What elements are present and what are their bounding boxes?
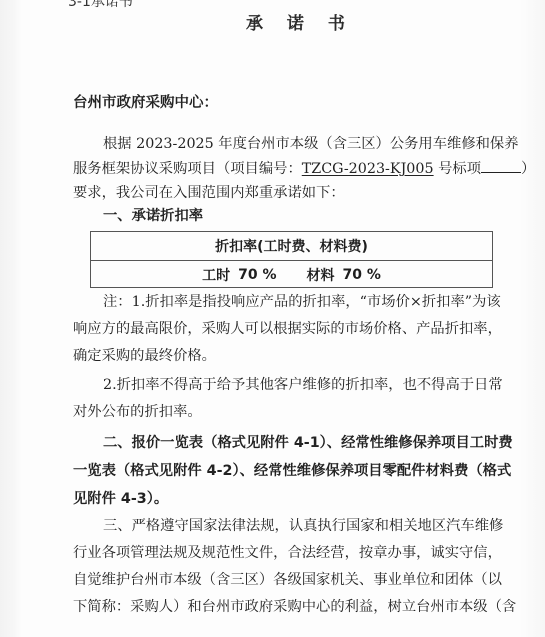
note-2-line-1: 2.折扣率不得高于给予其他客户维修的折扣率，也不得高于日常 [103,374,503,394]
intro-line-3: 要求，我公司在入围范围内郑重承诺如下： [73,182,345,202]
note-1-line-3: 确定采购的最终价格。 [73,345,216,365]
intro-line-1: 根据 2023-2025 年度台州市本级（含三区）公务用车维修和保养 [103,133,519,153]
intro-line-2-prefix: 服务框架协议采购项目（项目编号： [73,161,302,177]
labor-value: 70 % [238,267,276,283]
section-3-line-4: 下简称：采购人）和台州市政府采购中心的利益，树立台州市本级（含 [73,596,516,616]
intro-line-2: 服务框架协议采购项目（项目编号：TZCG-2023-KJ005 号标项） [73,158,535,178]
note-1-line-2: 响应方的最高限价，采购人可以根据实际的市场价格、产品折扣率， [73,318,502,338]
material-label: 材料 [307,265,335,285]
section-2-line-1: 二、报价一览表（格式见附件 4-1）、经常性维修保养项目工时费 [103,432,513,452]
section-1-heading: 一、承诺折扣率 [103,205,203,225]
discount-rate-table: 折扣率(工时费、材料费) 工时 70 % 材料 70 % [90,231,493,288]
section-3-line-1: 三、严格遵守国家法律法规，认真执行国家和相关地区汽车维修 [103,515,503,535]
labor-label: 工时 [202,265,230,285]
addressee: 台州市政府采购中心： [73,91,218,112]
note-1-line-1: 注：1.折扣率是指投响应产品的折扣率，“市场价×折扣率”为该 [103,291,501,311]
intro-line-2-suffix: ） [521,161,535,177]
section-3-line-3: 自觉维护台州市本级（含三区）各级国家机关、事业单位和团体（以 [73,569,502,589]
note-2-line-2: 对外公布的折扣率。 [73,401,202,421]
section-2-line-3: 见附件 4-3）。 [73,488,168,508]
section-3-line-2: 行业各项管理法规及规范性文件，合法经营，按章办事，诚实守信， [73,542,502,562]
section-2-line-2: 一览表（格式见附件 4-2）、经常性维修保养项目零配件材料费（格式 [73,460,511,480]
project-code: TZCG-2023-KJ005 [302,161,434,177]
material-value: 70 % [343,267,381,283]
lot-blank-field [481,159,521,173]
document-page: 3-1承诺书 承 诺 书 台州市政府采购中心： 根据 2023-2025 年度台… [0,0,545,637]
table-header-cell: 折扣率(工时费、材料费) [91,232,492,261]
table-value-row: 工时 70 % 材料 70 % [91,261,492,289]
intro-line-2-mid: 号标项 [434,161,481,177]
document-title: 承 诺 书 [246,9,354,34]
header-fragment: 3-1承诺书 [68,0,133,11]
